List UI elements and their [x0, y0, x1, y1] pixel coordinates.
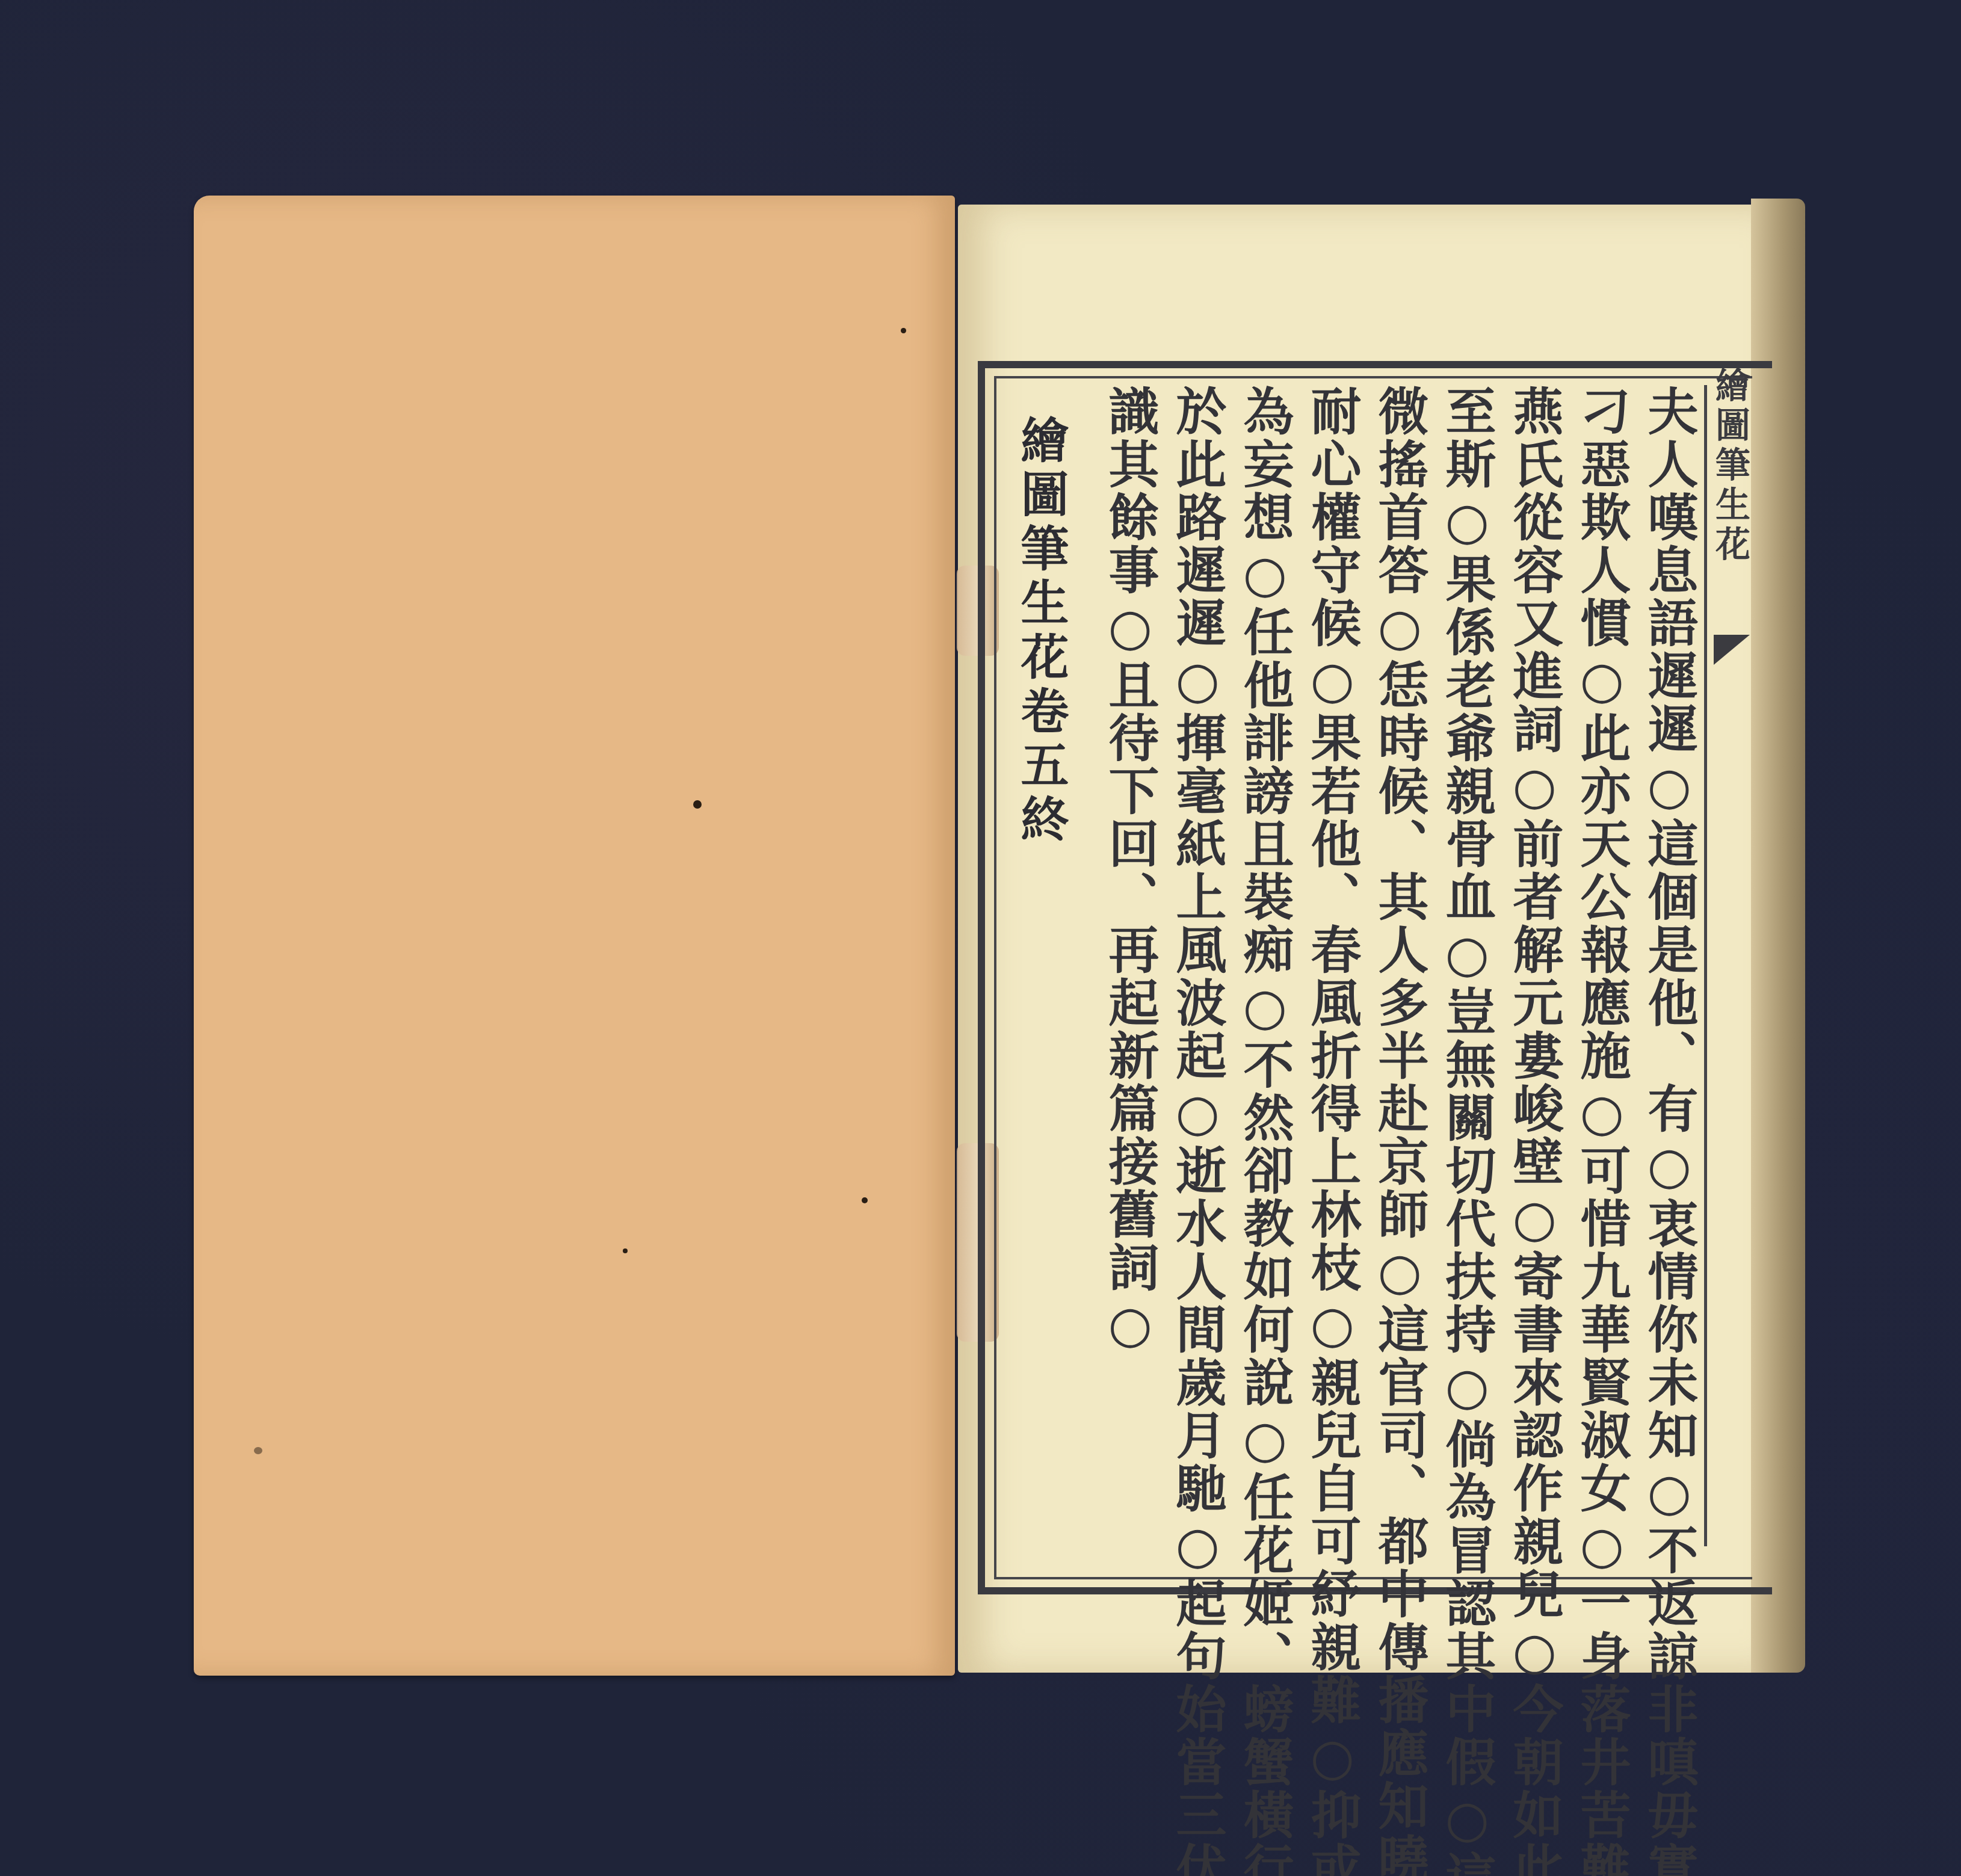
paper-speck [623, 1248, 628, 1253]
text-column: 耐心權守候○果若他、春風折得上林枝○親兒自可紓親難○抑或者、父子同歸慰寸私○此乃… [1299, 385, 1366, 1558]
fishtail-mark [1714, 635, 1750, 665]
text-column: 至斯○果係老爺親骨血○豈無關切代扶持○倘為冒認其中假○這一來、可辨情由立地知○太… [1433, 385, 1501, 1558]
paper-speck [254, 1447, 262, 1454]
left-cover-page [194, 196, 955, 1676]
volume-end-title: 繪圖筆生花卷五終 [1011, 415, 1071, 848]
text-column: 於此路遲遲○揮毫紙上風波起○逝水人間歲月馳○起句始當三伏日○收篇又早九秋時○看官… [1164, 385, 1231, 1558]
text-column: 微搖首答○恁時候、其人多半赴京師○這官司、都中傳播應知曉○又何必、寄甚音書枉費思… [1366, 385, 1433, 1558]
text-column: 燕氏從容又進詞○前者解元婁峻壁○寄書來認作親兒○今朝如此遭顛沛○也應該、告以椿庭… [1501, 385, 1568, 1558]
text-column: 刁惡欺人慣○此亦天公報應施○可惜九華賢淑女○一身落井苦難支○莫夫人、言之於此雙流… [1568, 385, 1635, 1558]
paper-speck [693, 800, 702, 809]
paper-speck [901, 328, 906, 333]
fold-title: 繪圖筆生花 [1712, 367, 1748, 566]
text-body: 夫人嘆息語遲遲○這個是他、有○衷情你未知○不返諒非嗔毋實○乃係那、恃強藏室阻嬌姿… [1017, 385, 1703, 1558]
paper-speck [862, 1197, 868, 1203]
text-column: 識其餘事○且待下回、再起新篇接舊詞○ [1096, 385, 1164, 1558]
text-column: 為妄想○任他誹謗且裝痴○不然卻教如何說○任花姬、螃蟹橫行姑聽之○燕氏聞言連道是○… [1231, 385, 1299, 1558]
fold-column-rule [1704, 385, 1707, 1546]
text-column: 夫人嘆息語遲遲○這個是他、有○衷情你未知○不返諒非嗔毋實○乃係那、恃強藏室阻嬌姿… [1635, 385, 1703, 1558]
